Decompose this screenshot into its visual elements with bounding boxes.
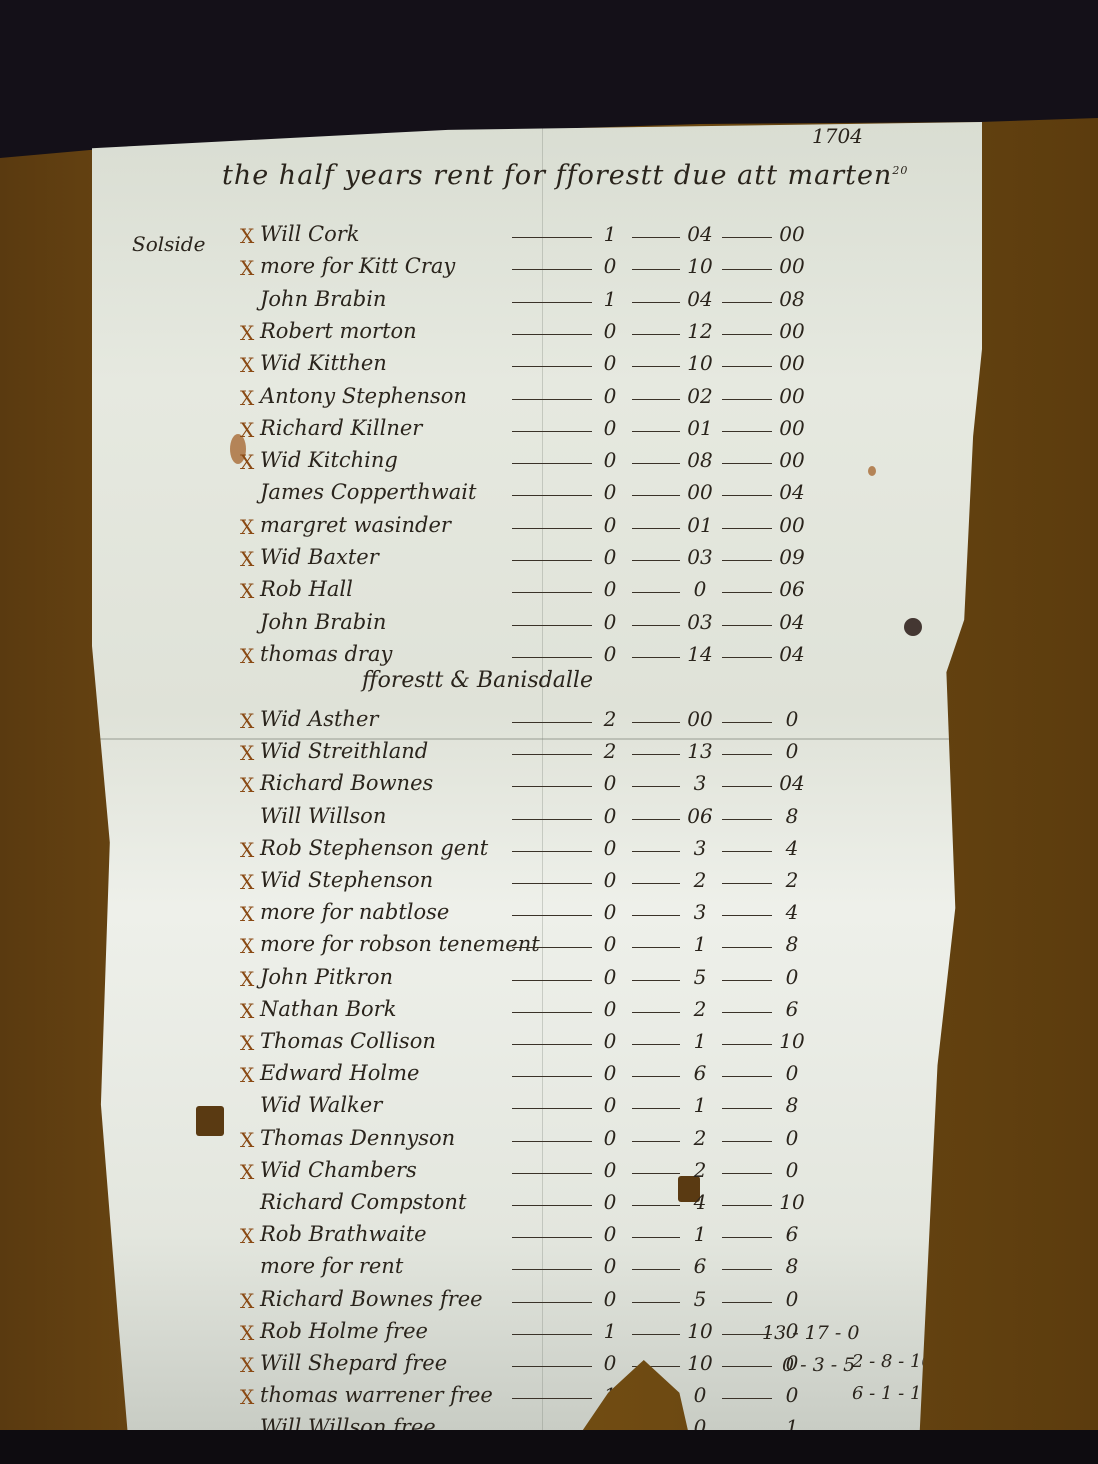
table-row: Xmore for robson tenement018 — [92, 932, 982, 962]
shillings-value: 2 — [680, 997, 720, 1021]
tenant-name: Antony Stephenson — [260, 384, 467, 408]
leader-line — [722, 495, 772, 496]
paid-mark: X — [240, 902, 254, 926]
pounds-value: 0 — [590, 868, 630, 892]
table-row: Xmargret wasinder00100 — [92, 513, 982, 543]
shillings-value: 01 — [680, 416, 720, 440]
tenant-name: Edward Holme — [260, 1061, 419, 1085]
table-row: XRob Stephenson gent034 — [92, 836, 982, 866]
pence-value: 8 — [772, 1093, 812, 1117]
pounds-value: 1 — [590, 1319, 630, 1343]
tenant-name: Rob Brathwaite — [260, 1222, 427, 1246]
table-row: XRob Hall0006 — [92, 577, 982, 607]
tenant-name: margret wasinder — [260, 513, 451, 537]
table-row: XRichard Bownes0304 — [92, 771, 982, 801]
shillings-value: 1 — [680, 932, 720, 956]
paid-mark: X — [240, 934, 254, 958]
leader-line — [512, 269, 592, 270]
leader-line — [632, 915, 680, 916]
table-row: XWid Asther2000 — [92, 707, 982, 737]
shillings-value: 04 — [680, 287, 720, 311]
tenant-name: thomas dray — [260, 642, 392, 666]
pounds-value: 0 — [590, 642, 630, 666]
tenant-name: Thomas Collison — [260, 1029, 436, 1053]
leader-line — [722, 592, 772, 593]
leader-line — [632, 399, 680, 400]
paid-mark: X — [240, 256, 254, 280]
leader-line — [632, 851, 680, 852]
table-row: John Brabin00304 — [92, 610, 982, 640]
leader-line — [512, 1108, 592, 1109]
paid-mark: X — [240, 1128, 254, 1152]
leader-line — [632, 560, 680, 561]
pounds-value: 0 — [590, 900, 630, 924]
pence-value: 09 — [772, 545, 812, 569]
shillings-value: 03 — [680, 545, 720, 569]
leader-line — [512, 495, 592, 496]
paid-mark: X — [240, 644, 254, 668]
pence-value: 00 — [772, 351, 812, 375]
leader-line — [512, 399, 592, 400]
shillings-value: 12 — [680, 319, 720, 343]
pounds-value: 0 — [590, 771, 630, 795]
pounds-value: 0 — [590, 1222, 630, 1246]
pounds-value: 0 — [590, 1190, 630, 1214]
shillings-value: 3 — [680, 771, 720, 795]
pence-value: 00 — [772, 513, 812, 537]
pence-value: 6 — [772, 1222, 812, 1246]
leader-line — [632, 1044, 680, 1045]
leader-line — [722, 819, 772, 820]
pounds-value: 1 — [590, 222, 630, 246]
paid-mark: X — [240, 741, 254, 765]
pence-value: 8 — [772, 804, 812, 828]
leader-line — [632, 786, 680, 787]
leader-line — [512, 334, 592, 335]
running-total: 6 - 1 - 11 — [852, 1383, 933, 1404]
paid-mark: X — [240, 870, 254, 894]
pence-value: 10 — [772, 1029, 812, 1053]
leader-line — [722, 1012, 772, 1013]
leader-line — [512, 1044, 592, 1045]
leader-line — [632, 754, 680, 755]
table-row: more for rent068 — [92, 1254, 982, 1284]
leader-line — [512, 1237, 592, 1238]
tenant-name: Richard Killner — [260, 416, 422, 440]
pounds-value: 0 — [590, 384, 630, 408]
grand-total-2: 0 - 3 - 5 — [782, 1354, 855, 1376]
shillings-value: 1 — [680, 1029, 720, 1053]
pence-value: 04 — [772, 771, 812, 795]
shillings-value: 13 — [680, 739, 720, 763]
shillings-value: 3 — [680, 900, 720, 924]
tenant-name: Wid Walker — [260, 1093, 382, 1117]
leader-line — [512, 657, 592, 658]
pounds-value: 2 — [590, 707, 630, 731]
document-heading: the half years rent for fforestt due att… — [222, 160, 908, 191]
tenant-name: James Copperthwait — [260, 480, 476, 504]
shillings-value: 00 — [680, 480, 720, 504]
leader-line — [632, 1173, 680, 1174]
tenant-name: John Brabin — [260, 287, 386, 311]
paid-mark: X — [240, 1353, 254, 1377]
table-row: XWill Cork10400 — [92, 222, 982, 252]
pence-value: 08 — [772, 287, 812, 311]
tenant-name: Rob Holme free — [260, 1319, 428, 1343]
table-row: John Brabin10408 — [92, 287, 982, 317]
leader-line — [722, 463, 772, 464]
leader-line — [512, 237, 592, 238]
tenant-name: more for rent — [260, 1254, 403, 1278]
tenant-name: Wid Baxter — [260, 545, 379, 569]
tenant-name: Thomas Dennyson — [260, 1126, 455, 1150]
shillings-value: 10 — [680, 351, 720, 375]
pence-value: 2 — [772, 868, 812, 892]
table-row: XAntony Stephenson00200 — [92, 384, 982, 414]
tenant-name: Robert morton — [260, 319, 417, 343]
tenant-name: Wid Asther — [260, 707, 378, 731]
pence-value: 10 — [772, 1190, 812, 1214]
pounds-value: 0 — [590, 1093, 630, 1117]
paid-mark: X — [240, 450, 254, 474]
leader-line — [722, 754, 772, 755]
paid-mark: X — [240, 1224, 254, 1248]
tenant-name: more for nabtlose — [260, 900, 449, 924]
leader-line — [722, 722, 772, 723]
leader-line — [632, 528, 680, 529]
manuscript-page: 1704 the half years rent for fforestt du… — [92, 122, 982, 1432]
pence-value: 0 — [772, 1383, 812, 1407]
shillings-value: 10 — [680, 1319, 720, 1343]
paid-mark: X — [240, 1289, 254, 1313]
tenant-name: Will Willson — [260, 804, 386, 828]
leader-line — [632, 1334, 680, 1335]
leader-line — [512, 851, 592, 852]
pounds-value: 0 — [590, 254, 630, 278]
leader-line — [722, 1237, 772, 1238]
paid-mark: X — [240, 838, 254, 862]
leader-line — [512, 560, 592, 561]
leader-line — [512, 883, 592, 884]
table-row: XRobert morton01200 — [92, 319, 982, 349]
leader-line — [512, 463, 592, 464]
paid-mark: X — [240, 709, 254, 733]
leader-line — [722, 657, 772, 658]
pounds-value: 0 — [590, 836, 630, 860]
pence-value: 6 — [772, 997, 812, 1021]
tenant-name: Richard Bownes free — [260, 1287, 483, 1311]
shillings-value: 2 — [680, 868, 720, 892]
pounds-value: 0 — [590, 480, 630, 504]
running-total: 2 - 8 - 10 — [852, 1351, 933, 1372]
leader-line — [512, 754, 592, 755]
leader-line — [632, 1366, 680, 1367]
pence-value: 0 — [772, 1158, 812, 1182]
leader-line — [512, 592, 592, 593]
leader-line — [722, 947, 772, 948]
leader-line — [722, 366, 772, 367]
leader-line — [632, 237, 680, 238]
pounds-value: 0 — [590, 319, 630, 343]
table-row: XEdward Holme060 — [92, 1061, 982, 1091]
table-row: Xthomas warrener free1006 - 1 - 11 — [92, 1383, 982, 1413]
pence-value: 0 — [772, 739, 812, 763]
pounds-value: 0 — [590, 577, 630, 601]
leader-line — [722, 851, 772, 852]
pence-value: 00 — [772, 254, 812, 278]
leader-line — [722, 1044, 772, 1045]
table-row: XJohn Pitkron050 — [92, 965, 982, 995]
paid-mark: X — [240, 999, 254, 1023]
leader-line — [722, 1173, 772, 1174]
pence-value: 8 — [772, 1254, 812, 1278]
table-row: XWid Baxter00309 — [92, 545, 982, 575]
table-row: Richard Compstont0410 — [92, 1190, 982, 1220]
paid-mark: X — [240, 1321, 254, 1345]
pence-value: 8 — [772, 932, 812, 956]
leader-line — [512, 625, 592, 626]
pounds-value: 0 — [590, 804, 630, 828]
table-row: XRichard Killner00100 — [92, 416, 982, 446]
shillings-value: 3 — [680, 836, 720, 860]
tenant-name: Nathan Bork — [260, 997, 396, 1021]
pounds-value: 1 — [590, 1383, 630, 1407]
pounds-value: 1 — [590, 287, 630, 311]
pounds-value: 0 — [590, 513, 630, 537]
leader-line — [632, 269, 680, 270]
shillings-value: 00 — [680, 707, 720, 731]
paid-mark: X — [240, 1031, 254, 1055]
pounds-value: 0 — [590, 1351, 630, 1375]
leader-line — [632, 883, 680, 884]
pence-value: 0 — [772, 707, 812, 731]
table-row: XWid Kitching00800 — [92, 448, 982, 478]
table-row: XThomas Dennyson020 — [92, 1126, 982, 1156]
shillings-value: 04 — [680, 222, 720, 246]
table-row: XRob Brathwaite016 — [92, 1222, 982, 1252]
leader-line — [632, 1302, 680, 1303]
leader-line — [632, 657, 680, 658]
pence-value: 04 — [772, 480, 812, 504]
leader-line — [632, 431, 680, 432]
pounds-value: 0 — [590, 965, 630, 989]
paid-mark: X — [240, 321, 254, 345]
tenant-name: Rob Stephenson gent — [260, 836, 488, 860]
leader-line — [722, 302, 772, 303]
table-row: XWid Streithland2130 — [92, 739, 982, 769]
leader-line — [722, 560, 772, 561]
table-row: XWid Stephenson022 — [92, 868, 982, 898]
table-row: XNathan Bork026 — [92, 997, 982, 1027]
pounds-value: 0 — [590, 1029, 630, 1053]
table-row: Wid Walker018 — [92, 1093, 982, 1123]
leader-line — [722, 1398, 772, 1399]
shillings-value: 2 — [680, 1158, 720, 1182]
leader-line — [512, 1302, 592, 1303]
paid-mark: X — [240, 579, 254, 603]
leader-line — [722, 269, 772, 270]
paid-mark: X — [240, 224, 254, 248]
tenant-name: Will Cork — [260, 222, 360, 246]
pence-value: 0 — [772, 965, 812, 989]
shillings-value: 6 — [680, 1061, 720, 1085]
pounds-value: 0 — [590, 351, 630, 375]
leader-line — [632, 366, 680, 367]
paid-mark: X — [240, 967, 254, 991]
shillings-value: 08 — [680, 448, 720, 472]
pounds-value: 0 — [590, 997, 630, 1021]
leader-line — [722, 431, 772, 432]
leader-line — [632, 1076, 680, 1077]
leader-line — [632, 1108, 680, 1109]
paid-mark: X — [240, 547, 254, 571]
tenant-name: John Brabin — [260, 610, 386, 634]
leader-line — [722, 1108, 772, 1109]
table-row: James Copperthwait00004 — [92, 480, 982, 510]
pounds-value: 0 — [590, 448, 630, 472]
leader-line — [722, 1269, 772, 1270]
pence-value: 0 — [772, 1126, 812, 1150]
paid-mark: X — [240, 386, 254, 410]
pence-value: 06 — [772, 577, 812, 601]
shillings-value: 01 — [680, 513, 720, 537]
shillings-value: 10 — [680, 1351, 720, 1375]
table-row: Xmore for Kitt Cray01000 — [92, 254, 982, 284]
grand-total-1: 13 - 17 - 0 — [762, 1322, 859, 1344]
leader-line — [512, 431, 592, 432]
leader-line — [632, 1141, 680, 1142]
leader-line — [632, 1398, 680, 1399]
tenant-name: Richard Compstont — [260, 1190, 466, 1214]
pounds-value: 0 — [590, 610, 630, 634]
table-row: Xmore for nabtlose034 — [92, 900, 982, 930]
shillings-value: 5 — [680, 965, 720, 989]
leader-line — [512, 1012, 592, 1013]
paid-mark: X — [240, 418, 254, 442]
pence-value: 4 — [772, 900, 812, 924]
leader-line — [722, 334, 772, 335]
document-year: 1704 — [812, 124, 863, 148]
paid-mark: X — [240, 1160, 254, 1184]
tenant-name: Wid Stephenson — [260, 868, 433, 892]
pounds-value: 0 — [590, 416, 630, 440]
pounds-value: 0 — [590, 1158, 630, 1182]
leader-line — [632, 1012, 680, 1013]
table-row: Will Willson0068 — [92, 804, 982, 834]
tenant-name: Wid Chambers — [260, 1158, 417, 1182]
shillings-value: 5 — [680, 1287, 720, 1311]
shillings-value: 06 — [680, 804, 720, 828]
leader-line — [632, 592, 680, 593]
shillings-value: 1 — [680, 1093, 720, 1117]
tenant-name: more for robson tenement — [260, 932, 540, 956]
leader-line — [722, 915, 772, 916]
pence-value: 04 — [772, 610, 812, 634]
leader-line — [632, 980, 680, 981]
leader-line — [512, 1076, 592, 1077]
leader-line — [632, 947, 680, 948]
shillings-value: 03 — [680, 610, 720, 634]
leader-line — [512, 366, 592, 367]
leader-line — [512, 302, 592, 303]
leader-line — [512, 1205, 592, 1206]
leader-line — [722, 980, 772, 981]
shillings-value: 0 — [680, 1383, 720, 1407]
leader-line — [512, 1141, 592, 1142]
tenant-name: thomas warrener free — [260, 1383, 493, 1407]
table-row: XThomas Collison0110 — [92, 1029, 982, 1059]
leader-line — [632, 334, 680, 335]
shillings-value: 4 — [680, 1190, 720, 1214]
leader-line — [722, 1076, 772, 1077]
shillings-value: 6 — [680, 1254, 720, 1278]
table-row: XRichard Bownes free050 — [92, 1287, 982, 1317]
leader-line — [632, 1269, 680, 1270]
pence-value: 0 — [772, 1061, 812, 1085]
leader-line — [512, 1334, 592, 1335]
tenant-name: Will Shepard free — [260, 1351, 447, 1375]
tenant-name: Wid Kitthen — [260, 351, 387, 375]
pence-value: 00 — [772, 222, 812, 246]
leader-line — [722, 399, 772, 400]
tenant-name: Richard Bownes — [260, 771, 433, 795]
background-cloth-bottom — [0, 1430, 1098, 1464]
leader-line — [512, 722, 592, 723]
tenant-name: Wid Streithland — [260, 739, 428, 763]
pence-value: 0 — [772, 1287, 812, 1311]
leader-line — [512, 947, 592, 948]
leader-line — [722, 883, 772, 884]
leader-line — [722, 1366, 772, 1367]
leader-line — [722, 786, 772, 787]
tenant-name: more for Kitt Cray — [260, 254, 455, 278]
paid-mark: X — [240, 1063, 254, 1087]
leader-line — [722, 528, 772, 529]
pence-value: 00 — [772, 416, 812, 440]
leader-line — [632, 625, 680, 626]
leader-line — [722, 1302, 772, 1303]
leader-line — [512, 786, 592, 787]
shillings-value: 14 — [680, 642, 720, 666]
leader-line — [722, 1141, 772, 1142]
leader-line — [512, 528, 592, 529]
pence-value: 00 — [772, 384, 812, 408]
pounds-value: 0 — [590, 545, 630, 569]
pounds-value: 0 — [590, 1126, 630, 1150]
paid-mark: X — [240, 353, 254, 377]
shillings-value: 2 — [680, 1126, 720, 1150]
pounds-value: 2 — [590, 739, 630, 763]
pounds-value: 0 — [590, 932, 630, 956]
pounds-value: 0 — [590, 1061, 630, 1085]
leader-line — [722, 625, 772, 626]
leader-line — [512, 1269, 592, 1270]
shillings-value: 1 — [680, 1222, 720, 1246]
pounds-value: 0 — [590, 1287, 630, 1311]
pounds-value: 0 — [590, 1254, 630, 1278]
leader-line — [632, 495, 680, 496]
leader-line — [512, 1398, 592, 1399]
leader-line — [512, 980, 592, 981]
shillings-value: 0 — [680, 577, 720, 601]
pence-value: 00 — [772, 319, 812, 343]
leader-line — [632, 1205, 680, 1206]
leader-line — [632, 819, 680, 820]
leader-line — [512, 915, 592, 916]
leader-line — [632, 1237, 680, 1238]
pence-value: 4 — [772, 836, 812, 860]
pence-value: 04 — [772, 642, 812, 666]
